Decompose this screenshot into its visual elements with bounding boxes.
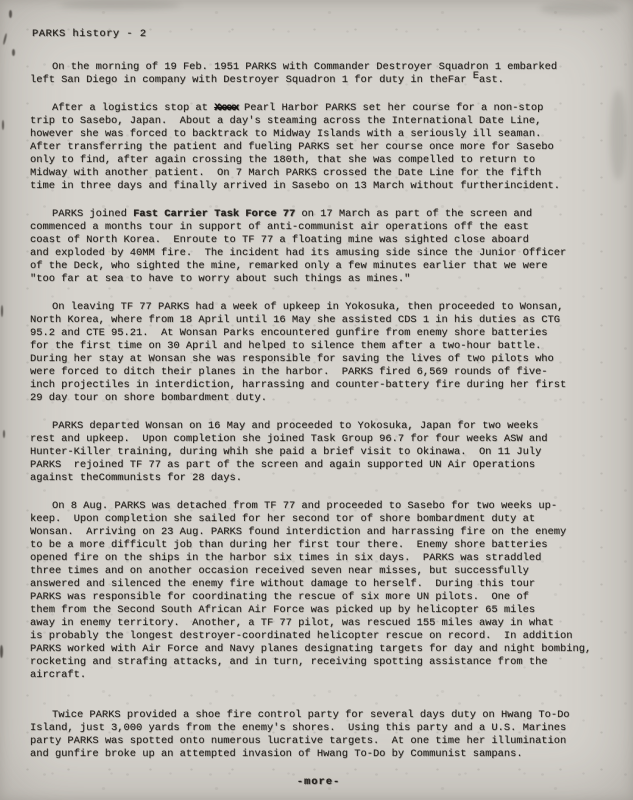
paragraph: After a logistics stop at Xxxxx Pearl Ha…: [30, 102, 607, 193]
overtyped-text: Fast Carrier Task Force 77: [133, 208, 295, 220]
paragraph: PARKS departed Wonsan on 16 May and proc…: [30, 420, 607, 485]
text-segment: Twice PARKS provided a shoe fire control…: [30, 709, 570, 760]
text-segment: On 8 Aug. PARKS was detached from TF 77 …: [30, 500, 591, 681]
struck-out-text: Xxxxx: [214, 102, 238, 114]
more-marker: -more-: [30, 776, 607, 789]
text-segment: PARKS joined: [52, 208, 133, 220]
paragraph: Twice PARKS provided a shoe fire control…: [30, 709, 607, 761]
scan-artifact: [9, 10, 12, 18]
scan-smudge: [540, 2, 620, 16]
text-segment: After a logistics stop at: [52, 102, 214, 114]
typewritten-page: PARKS history - 2 On the morning of 19 F…: [0, 0, 633, 800]
text-segment: Pearl Harbor PARKS set her course for a …: [30, 102, 560, 192]
raised-character: E: [473, 70, 479, 82]
text-segment: ast.: [479, 74, 504, 86]
paragraph: PARKS joined Fast Carrier Task Force 77 …: [30, 208, 607, 286]
text-segment: On leaving TF 77 PARKS had a week of upk…: [30, 301, 566, 404]
scan-artifact: [0, 645, 3, 658]
paragraph: On the morning of 19 Feb. 1951 PARKS wit…: [30, 61, 607, 87]
scan-smudge: [610, 90, 626, 180]
page-title: PARKS history - 2: [32, 28, 607, 41]
scan-artifact: [3, 430, 5, 438]
scanned-document-page: { "document": { "header": "PARKS history…: [0, 0, 633, 800]
paragraph: On leaving TF 77 PARKS had a week of upk…: [30, 301, 607, 405]
text-segment: PARKS departed Wonsan on 16 May and proc…: [30, 420, 548, 484]
document-body: On the morning of 19 Feb. 1951 PARKS wit…: [30, 61, 607, 761]
scan-artifact: [2, 120, 4, 130]
scan-artifact: [1, 305, 3, 317]
scan-artifact: [12, 49, 15, 56]
paragraph: On 8 Aug. PARKS was detached from TF 77 …: [30, 500, 607, 682]
scan-smudge: [60, 0, 180, 10]
